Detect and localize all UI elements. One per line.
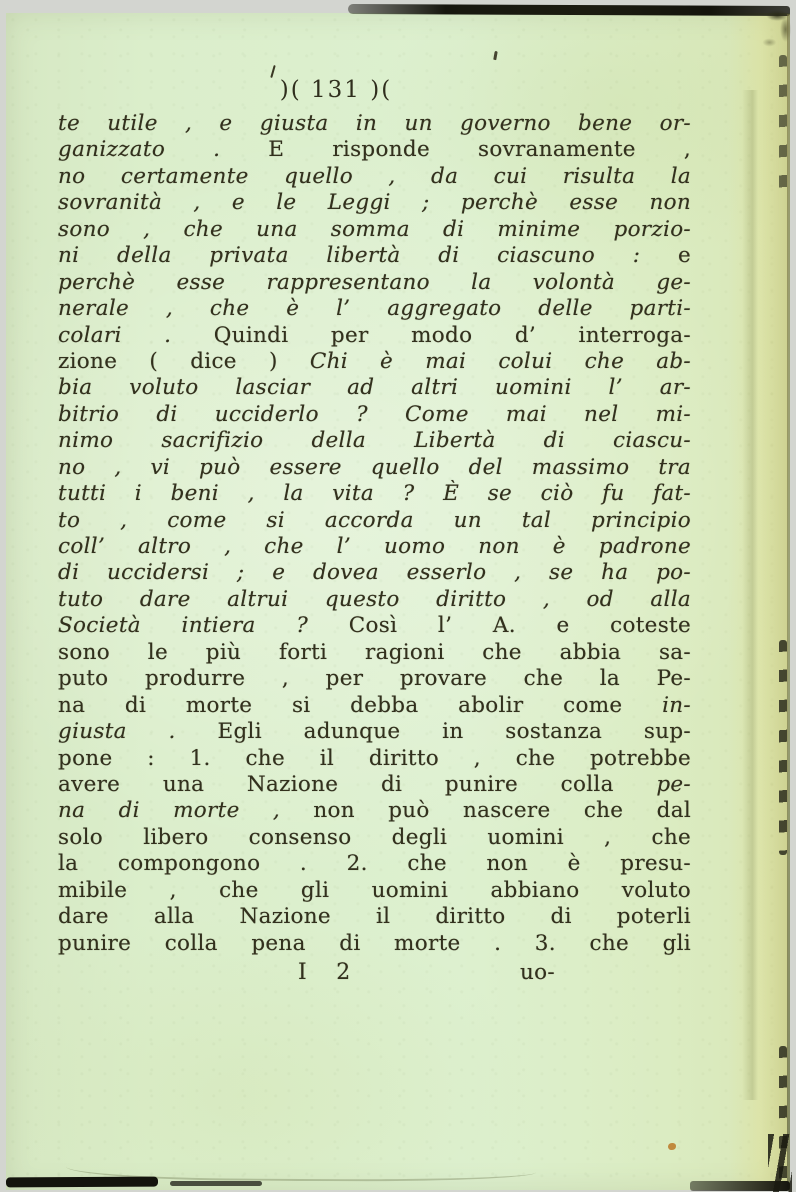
text-segment: non può nascere che dal — [313, 798, 691, 823]
text-segment: dare alla Nazione il diritto di poterli — [58, 904, 691, 929]
text-segment: Società intiera ? — [58, 613, 349, 638]
text-line: tutti i beni , la vita ? È se ciò fu fat… — [58, 481, 691, 507]
scan-edge-bottom-left — [6, 1177, 158, 1188]
text-segment: Quindi per modo d’ interroga- — [214, 323, 691, 348]
text-segment: to , come si accorda un tal principio — [58, 508, 691, 533]
text-segment: zione ( dice ) — [58, 349, 310, 374]
text-line: bia voluto lasciar ad altri uomini l’ ar… — [58, 375, 691, 401]
text-line: sovranità , e le Leggi ; perchè esse non — [58, 190, 691, 216]
text-line: nerale , che è l’ aggregato delle parti- — [58, 296, 691, 322]
text-segment: E risponde sovranamente , — [268, 137, 691, 162]
text-line: ganizzato . E risponde sovranamente , — [58, 137, 691, 163]
text-line: dare alla Nazione il diritto di poterli — [58, 904, 691, 930]
paper-speck — [668, 1143, 676, 1150]
text-line: na di morte si debba abolir come in- — [58, 693, 691, 719]
text-segment: avere una Nazione di punire colla — [58, 772, 656, 797]
text-segment: nerale , che è l’ aggregato delle parti- — [58, 296, 691, 321]
text-line: mibile , che gli uomini abbiano voluto — [58, 878, 691, 904]
text-line: zione ( dice ) Chi è mai colui che ab- — [58, 349, 691, 375]
page-number-header: )( 131 )( — [6, 77, 666, 103]
book-scan: )( 131 )( te utile , e giusta in un gove… — [0, 0, 796, 1192]
text-segment: ganizzato . — [58, 137, 268, 162]
text-segment: sono le più forti ragioni che abbia sa- — [58, 640, 691, 665]
text-line: tuto dare altrui questo diritto , od all… — [58, 587, 691, 613]
text-line: nimo sacrifizio della Libertà di ciascu- — [58, 428, 691, 454]
text-segment: punire colla pena di morte . 3. che gli — [58, 931, 691, 956]
text-line: bitrio di ucciderlo ? Come mai nel mi- — [58, 402, 691, 428]
signature-mark: I 2 — [298, 959, 351, 986]
text-segment: bia voluto lasciar ad altri uomini l’ ar… — [58, 375, 691, 400]
text-segment: tutti i beni , la vita ? È se ciò fu fat… — [58, 481, 691, 506]
scan-edge-top — [348, 4, 790, 16]
catchword: uo- — [520, 959, 555, 986]
text-segment: giusta . — [58, 719, 217, 744]
text-segment: bitrio di ucciderlo ? Come mai nel mi- — [58, 402, 691, 427]
text-segment: in- — [662, 693, 691, 718]
text-segment: sovranità , e le Leggi ; perchè esse non — [58, 190, 691, 215]
text-line: coll’ altro , che l’ uomo non è padrone — [58, 534, 691, 560]
text-line: te utile , e giusta in un governo bene o… — [58, 111, 691, 137]
text-segment: no , vi può essere quello del massimo tr… — [58, 455, 691, 480]
text-line: la compongono . 2. che non è presu- — [58, 851, 691, 877]
scan-edge-corner-topright — [755, 6, 791, 58]
text-segment: mibile , che gli uomini abbiano voluto — [58, 878, 691, 903]
text-line: solo libero consenso degli uomini , che — [58, 825, 691, 851]
text-line: sono , che una somma di minime porzio- — [58, 217, 691, 243]
text-line: Società intiera ? Così l’ A. e coteste — [58, 613, 691, 639]
text-segment: na di morte si debba abolir come — [58, 693, 662, 718]
text-line: to , come si accorda un tal principio — [58, 508, 691, 534]
text-segment: puto produrre , per provare che la Pe- — [58, 666, 691, 691]
text-segment: Così l’ A. e coteste — [349, 613, 691, 638]
text-segment: na di morte , — [58, 798, 313, 823]
scan-edge-corner-bottomright — [768, 1134, 792, 1192]
text-line: giusta . Egli adunque in sostanza sup- — [58, 719, 691, 745]
book-page: )( 131 )( te utile , e giusta in un gove… — [6, 13, 790, 1190]
text-segment: tuto dare altrui questo diritto , od all… — [58, 587, 691, 612]
text-segment: di uccidersi ; e dovea esserlo , se ha p… — [58, 560, 691, 585]
text-line: di uccidersi ; e dovea esserlo , se ha p… — [58, 560, 691, 586]
text-segment: pone : 1. che il diritto , che potrebbe — [58, 746, 691, 771]
text-line: no , vi può essere quello del massimo tr… — [58, 455, 691, 481]
text-segment: e — [678, 243, 691, 268]
text-block: te utile , e giusta in un governo bene o… — [58, 111, 691, 986]
text-line: pone : 1. che il diritto , che potrebbe — [58, 746, 691, 772]
text-segment: coll’ altro , che l’ uomo non è padrone — [58, 534, 691, 559]
text-line: no certamente quello , da cui risulta la — [58, 164, 691, 190]
text-segment: no certamente quello , da cui risulta la — [58, 164, 691, 189]
text-line: colari . Quindi per modo d’ interroga- — [58, 323, 691, 349]
text-segment: Chi è mai colui che ab- — [310, 349, 691, 374]
binding-crease-shadow — [742, 90, 758, 1100]
text-line: sono le più forti ragioni che abbia sa- — [58, 640, 691, 666]
text-segment: nimo sacrifizio della Libertà di ciascu- — [58, 428, 691, 453]
signature-row: I 2 uo- — [58, 959, 691, 986]
text-line: perchè esse rappresentano la volontà ge- — [58, 270, 691, 296]
ink-mark — [493, 51, 498, 60]
text-segment: la compongono . 2. che non è presu- — [58, 851, 691, 876]
text-segment: pe- — [656, 772, 691, 797]
text-segment: solo libero consenso degli uomini , che — [58, 825, 691, 850]
scan-edge-right-dashes — [779, 55, 787, 195]
text-line: ni della privata libertà di ciascuno : e — [58, 243, 691, 269]
text-segment: ni della privata libertà di ciascuno : — [58, 243, 678, 268]
text-line: punire colla pena di morte . 3. che gli — [58, 931, 691, 957]
page-edge-line — [787, 14, 790, 1188]
text-line: na di morte , non può nascere che dal — [58, 798, 691, 824]
text-lines: te utile , e giusta in un governo bene o… — [58, 111, 691, 957]
text-segment: perchè esse rappresentano la volontà ge- — [58, 270, 691, 295]
text-segment: Egli adunque in sostanza sup- — [217, 719, 691, 744]
scan-edge-bottom-dash — [170, 1181, 262, 1186]
text-segment: colari . — [58, 323, 214, 348]
text-line: avere una Nazione di punire colla pe- — [58, 772, 691, 798]
text-segment: sono , che una somma di minime porzio- — [58, 217, 691, 242]
scan-edge-right-dashes — [779, 640, 787, 855]
text-segment: te utile , e giusta in un governo bene o… — [58, 111, 691, 136]
text-line: puto produrre , per provare che la Pe- — [58, 666, 691, 692]
